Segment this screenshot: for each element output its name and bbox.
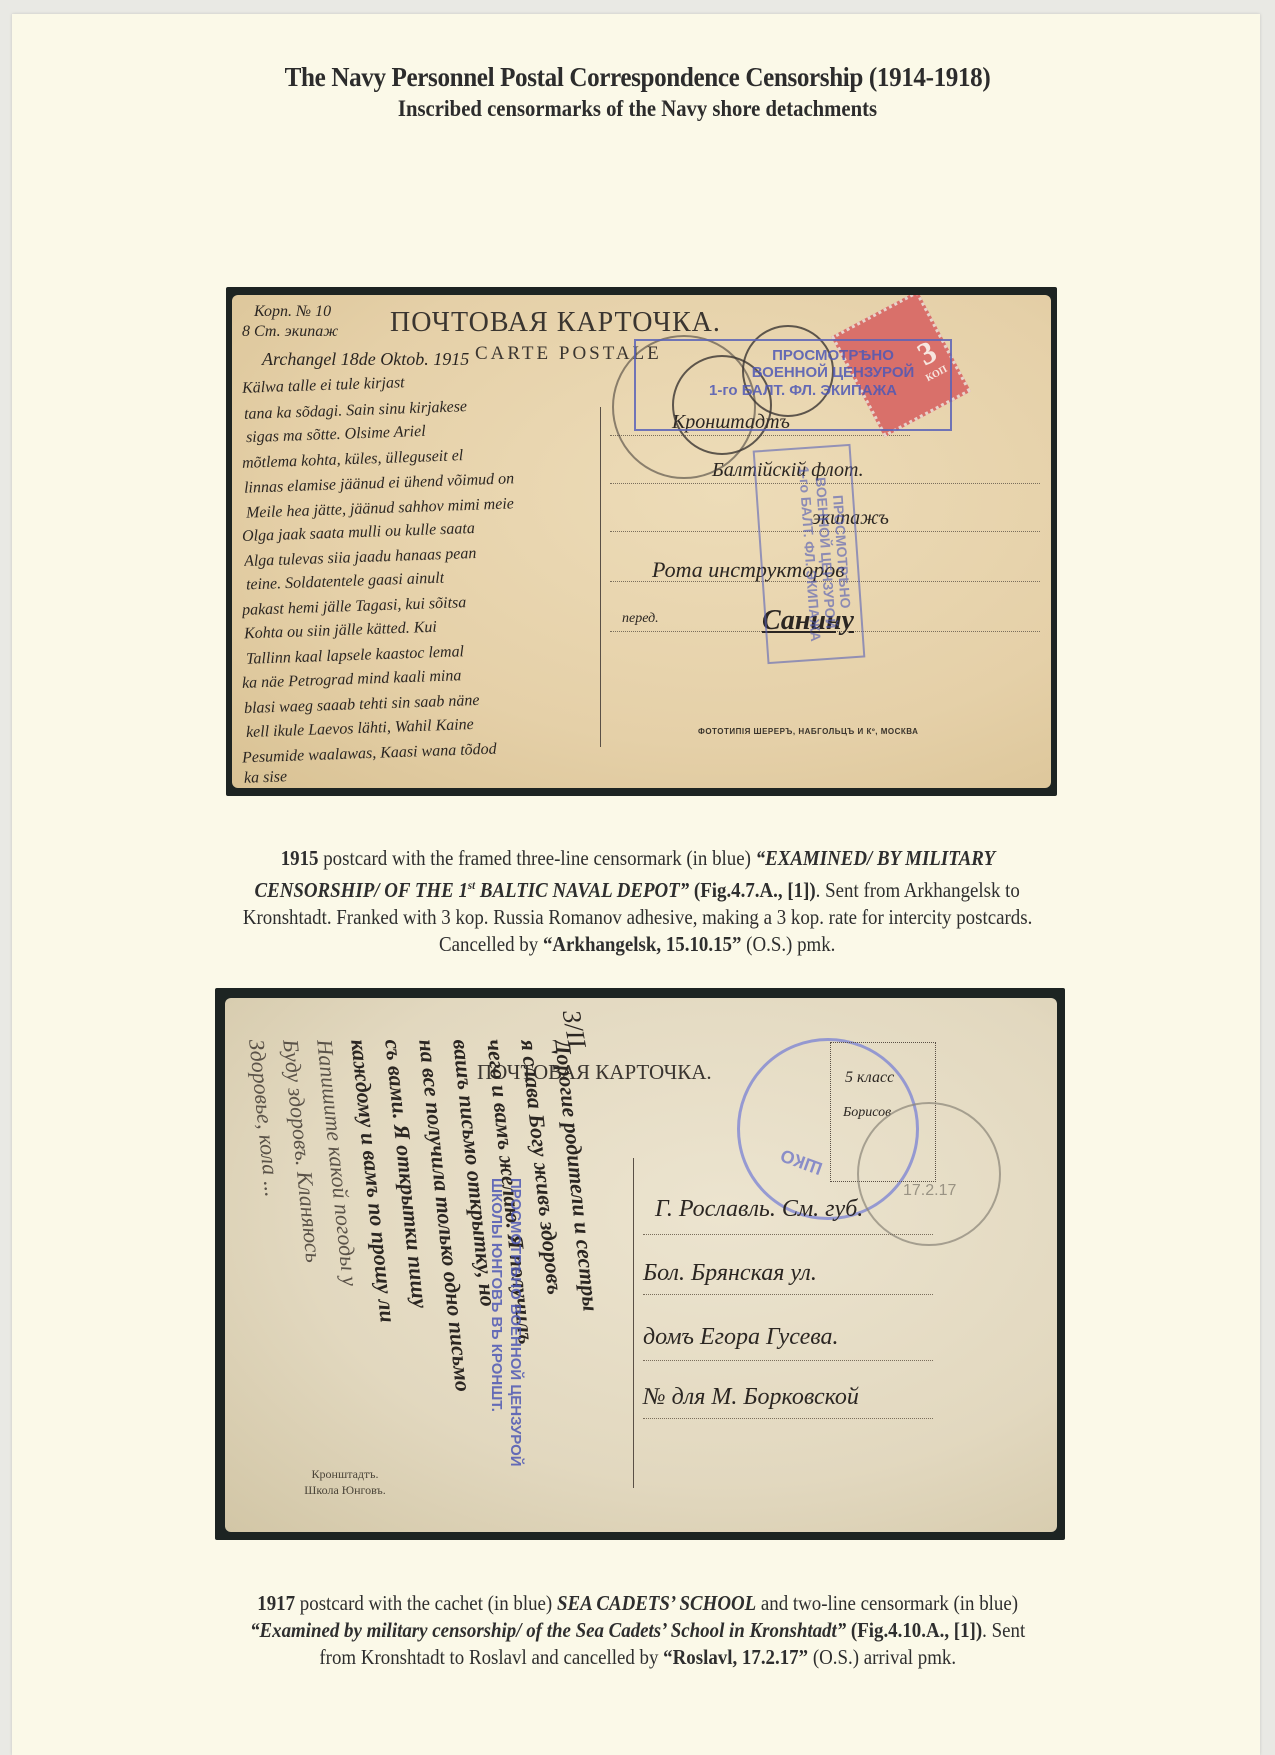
- page-subtitle: Inscribed censormarks of the Navy shore …: [64, 94, 1212, 124]
- postmark-date: 17.2.17: [903, 1182, 956, 1200]
- caption-quote: “EXAMINED/ BY MILITARY: [755, 846, 994, 870]
- caption-reference: (Fig.4.10.A., [1]): [846, 1618, 982, 1642]
- stamp-box-note-1: 5 класс: [845, 1069, 894, 1087]
- caption-reference: (Fig.4.7.A., [1]): [689, 878, 816, 902]
- address-line: [643, 1294, 933, 1295]
- caption-cachet: SEA CADETS’ SCHOOL: [557, 1591, 756, 1615]
- message-line: ka näe Petrograd mind kaali mina: [242, 667, 462, 693]
- message-line: ka sise: [244, 768, 288, 787]
- message-line: kell ikule Laevos lähti, Wahil Kaine: [246, 716, 474, 742]
- caption-quote: CENSORSHIP/ OF THE 1: [255, 878, 468, 902]
- card-divider: [600, 407, 601, 747]
- message-line: pakast hemi jälle Tagasi, kui sõitsa: [242, 594, 467, 620]
- censor-stamp-sea-cadets: ПРОСМОТРѢНО ВОЕННОЙ ЦЕНЗУРОЙ ШКОЛЫ ЮНГОВ…: [487, 1178, 525, 1478]
- caption-text: postcard with the cachet (in blue): [295, 1591, 557, 1615]
- caption-postmark: “Arkhangelsk, 15.10.15”: [543, 932, 741, 956]
- address-line: [643, 1360, 933, 1361]
- message-line: Olga jaak saata mulli ou kulle saata: [242, 520, 475, 546]
- message-line: Alga tulevas siia jaadu hanaas pean: [244, 544, 477, 570]
- message-line: Meile hea jätte, jäänud sahhov mimi meie: [246, 495, 514, 522]
- imprint-line-1: Кронштадтъ.: [285, 1466, 405, 1482]
- imprint-line-2: Школа Юнговъ.: [285, 1482, 405, 1498]
- caption-text: Cancelled by: [439, 932, 543, 956]
- page-header: The Navy Personnel Postal Correspondence…: [0, 60, 1275, 124]
- postcard-1917-mount: ПОЧТОВАЯ КАРТОЧКА. Дорогие родители и се…: [215, 988, 1065, 1540]
- censor-line-1: ПРОСМОТРѢНО: [716, 341, 950, 364]
- address-line: [643, 1418, 933, 1419]
- address-line-1: Г. Рославль. См. губ.: [655, 1196, 863, 1223]
- message-line: Tallinn kaal lapsele kaastoc lemal: [246, 643, 465, 669]
- postcard-1915: ПОЧТОВАЯ КАРТОЧКА. CARTE POSTALE Корп. №…: [232, 295, 1051, 788]
- message-line: Kälwa talle ei tule kirjast: [242, 374, 405, 398]
- printed-title: ПОЧТОВАЯ КАРТОЧКА.: [390, 307, 721, 339]
- caption-quote: “Examined by military censorship/ of the…: [250, 1618, 846, 1642]
- printed-title: ПОЧТОВАЯ КАРТОЧКА.: [477, 1060, 712, 1085]
- address-side-note: перед.: [622, 611, 659, 627]
- postcard-1917: ПОЧТОВАЯ КАРТОЧКА. Дорогие родители и се…: [225, 998, 1057, 1532]
- message-line: blasi waeg saaab tehti sin saab näne: [244, 691, 480, 717]
- message-line: Pesumide waalawas, Kaasi wana tõdod: [242, 740, 497, 767]
- publisher-imprint: ФОТОТИПІЯ ШЕРЕРЪ, НАБГОЛЬЦЪ И Кº, МОСКВА: [698, 727, 918, 736]
- caption-text: from Kronshtadt to Roslavl and cancelled…: [319, 1645, 663, 1669]
- address-line: [643, 1234, 933, 1235]
- address-line-3: домъ Егора Гусева.: [643, 1324, 839, 1351]
- censor-line-1: ПРОСМОТРѢНО ВОЕННОЙ ЦЕНЗУРОЙ: [506, 1178, 525, 1478]
- censor-line-2: ВОЕННОЙ ЦЕНЗУРОЙ: [716, 364, 950, 381]
- caption-year: 1915: [280, 846, 318, 870]
- roslavl-postmark: 17.2.17: [857, 1102, 1001, 1246]
- cachet-text: ШКО: [778, 1144, 826, 1178]
- message-line: mõtlema kohta, küles, ülleguseit el: [242, 447, 464, 473]
- caption-text: . Sent from Arkhangelsk to: [816, 878, 1020, 902]
- caption-1915: 1915 postcard with the framed three-line…: [0, 845, 1275, 958]
- handwritten-date: 3/II: [556, 1008, 592, 1050]
- handwriting-header-2: 8 Ст. экипаж: [242, 323, 338, 341]
- card-divider: [633, 1158, 634, 1488]
- caption-text: postcard with the framed three-line cens…: [318, 846, 755, 870]
- message-line: tana ka sõdagi. Sain sinu kirjakese: [244, 398, 468, 424]
- censor-line-2: ШКОЛЫ ЮНГОВЪ ВЪ КРОНШТ.: [487, 1178, 506, 1478]
- caption-text: (O.S.) pmk.: [742, 932, 836, 956]
- message-line: Kohta ou siin jälle kätted. Kui: [244, 619, 437, 644]
- address-line-4: № для М. Борковской: [643, 1384, 859, 1411]
- address-line-2: Бол. Брянская ул.: [643, 1260, 817, 1287]
- caption-text: . Sent: [982, 1618, 1025, 1642]
- handwriting-header-1: Корп. № 10: [254, 303, 331, 321]
- message-line: teine. Soldatentele gaasi ainult: [246, 570, 445, 595]
- censor-line-3: 1-го БАЛТ. ФЛ. ЭКИПАЖА: [656, 382, 950, 399]
- censor-stamp-baltic-depot-rotated: ПРОСМОТРѢНО ВОЕННОЙ ЦЕНЗУРОЙ 1-го БАЛТ. …: [753, 444, 866, 664]
- postcard-1915-mount: ПОЧТОВАЯ КАРТОЧКА. CARTE POSTALE Корп. №…: [226, 287, 1057, 796]
- handwriting-header-3: Archangel 18de Oktob. 1915: [262, 349, 469, 370]
- censor-stamp-baltic-depot: ПРОСМОТРѢНО ВОЕННОЙ ЦЕНЗУРОЙ 1-го БАЛТ. …: [634, 339, 952, 431]
- card-imprint: Кронштадтъ. Школа Юнговъ.: [285, 1466, 405, 1498]
- caption-postmark: “Roslavl, 17.2.17”: [663, 1645, 808, 1669]
- page-title: The Navy Personnel Postal Correspondence…: [45, 60, 1231, 94]
- caption-1917: 1917 postcard with the cachet (in blue) …: [0, 1590, 1275, 1671]
- caption-text: and two-line censormark (in blue): [756, 1591, 1018, 1615]
- caption-quote: BALTIC NAVAL DEPOT”: [475, 878, 689, 902]
- caption-text: Kronshtadt. Franked with 3 kop. Russia R…: [243, 905, 1032, 929]
- caption-year: 1917: [257, 1591, 295, 1615]
- message-line: sigas ma sõtte. Olsime Ariel: [246, 423, 426, 447]
- message-line: linnas elamise jäänud ei ühend võimud on: [244, 470, 515, 497]
- caption-text: (O.S.) arrival pmk.: [808, 1645, 956, 1669]
